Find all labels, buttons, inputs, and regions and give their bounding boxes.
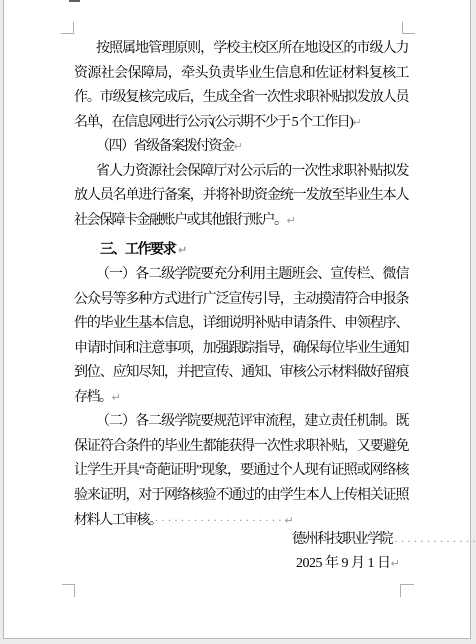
- paragraph-mark: ↵: [391, 557, 400, 570]
- margin-crop-mark-top-right: [402, 22, 415, 34]
- paragraph-text: （四）省级备案拨付资金: [96, 139, 234, 154]
- paragraph-mark: ↵: [287, 214, 296, 227]
- margin-crop-mark-top-left: [61, 22, 74, 34]
- paragraph-text: （二）各二级学院要规范评审流程，建立责任机制。既保证符合条件的毕业生都能获得一次…: [74, 414, 408, 528]
- heading-text: 三、工作要求: [100, 243, 175, 258]
- signature-organization[interactable]: 德州科技职业学院: [4, 528, 392, 553]
- margin-crop-mark-bottom-right: [400, 584, 414, 597]
- paragraph-section-four-title[interactable]: （四）省级备案拨付资金↵: [74, 135, 408, 160]
- paragraph-mark: ↵: [352, 116, 361, 129]
- paragraph-requirement-one[interactable]: （一）各二级学院要充分利用主题班会、宣传栏、微信公众号等多种方式进行广泛宣传引导…: [74, 263, 408, 410]
- signature-date-text: 2025 年 9 月 1 日: [296, 556, 391, 571]
- document-body-text[interactable]: 按照属地管理原则，学校主校区所在地设区的市级人力资源社会保障局，牵头负责毕业生信…: [74, 37, 408, 534]
- trailing-dot-leader: ····················: [155, 513, 285, 527]
- heading-work-requirements[interactable]: 三、工作要求·↵: [74, 233, 408, 263]
- margin-crop-mark-bottom-left: [62, 584, 75, 597]
- paragraph-mark: ↵: [178, 244, 187, 257]
- paragraph-requirement-two[interactable]: （二）各二级学院要规范评审流程，建立责任机制。既保证符合条件的毕业生都能获得一次…: [74, 410, 408, 534]
- paragraph-mark: ↵: [234, 140, 243, 153]
- paragraph-text: （一）各二级学院要充分利用主题班会、宣传栏、微信公众号等多种方式进行广泛宣传引导…: [74, 267, 408, 405]
- signature-date[interactable]: 2025 年 9 月 1 日↵: [296, 552, 400, 577]
- document-page: 按照属地管理原则，学校主校区所在地设区的市级人力资源社会保障局，牵头负责毕业生信…: [3, 0, 471, 639]
- paragraph-mark: ↵: [284, 514, 293, 527]
- signature-organization-text: 德州科技职业学院: [292, 532, 392, 547]
- document-viewport: 按照属地管理原则，学校主校区所在地设区的市级人力资源社会保障局，牵头负责毕业生信…: [0, 0, 476, 644]
- signature-dot-leader: ··············: [394, 534, 476, 549]
- paragraph-text: 省人力资源社会保障厅对公示后的一次性求职补贴拟发放人员名单进行备案，并将补助资金…: [74, 164, 408, 228]
- paragraph-city-review[interactable]: 按照属地管理原则，学校主校区所在地设区的市级人力资源社会保障局，牵头负责毕业生信…: [74, 37, 408, 135]
- paragraph-provincial-filing[interactable]: 省人力资源社会保障厅对公示后的一次性求职补贴拟发放人员名单进行备案，并将补助资金…: [74, 160, 408, 234]
- top-edge-artifact: [69, 0, 80, 2]
- paragraph-mark: ↵: [112, 391, 121, 404]
